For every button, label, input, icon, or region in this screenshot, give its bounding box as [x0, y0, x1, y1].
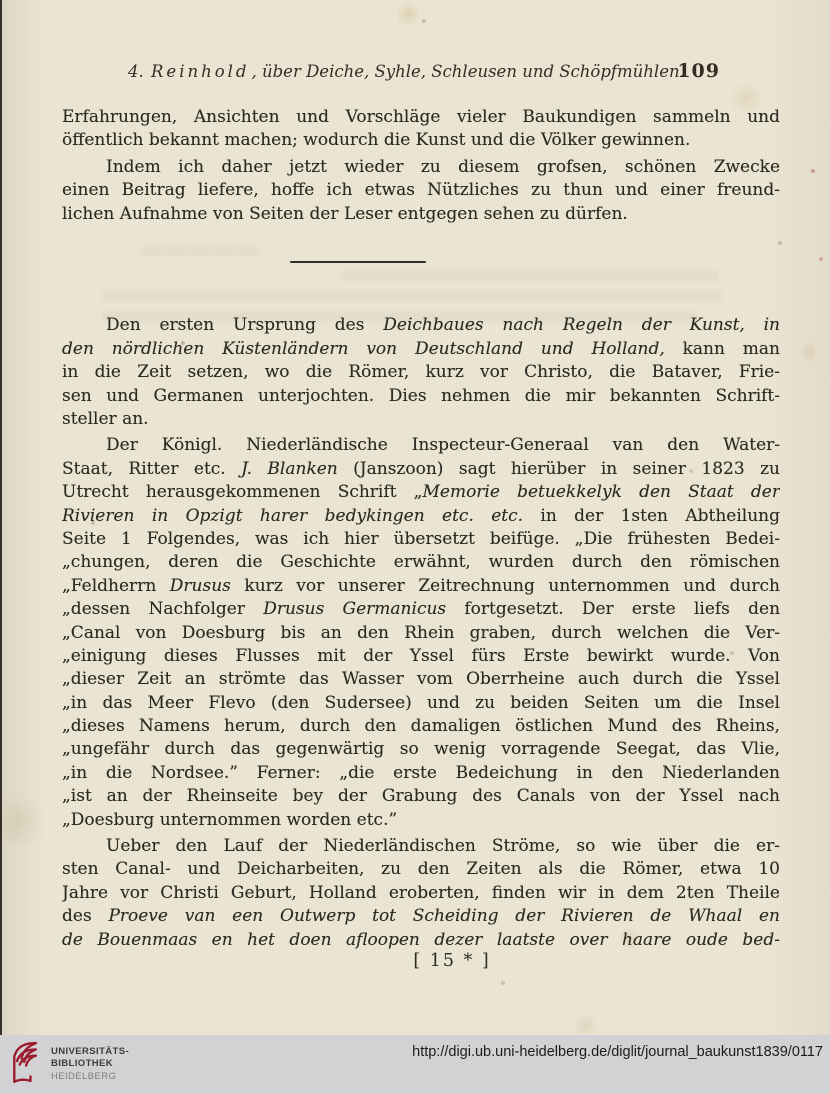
page-header: 4. Reinhold, über Deiche, Syhle, Schleus…: [62, 62, 720, 88]
text-segment: Seite 1 Folgendes, was ich hier übersetz…: [62, 529, 780, 549]
text-line: Der Königl. Niederländische Inspecteur-G…: [62, 434, 780, 457]
body-text: Erfahrungen, Ansichten und Vorschläge vi…: [62, 106, 780, 952]
text-line: „dieses Namens herum, durch den damalige…: [62, 715, 780, 738]
paragraph: Der Königl. Niederländische Inspecteur-G…: [62, 434, 780, 832]
text-line: „in die Nordsee.” Ferner: „die erste Bed…: [62, 762, 780, 785]
sheet-signature: [ 15 * ]: [62, 951, 780, 971]
text-line: Indem ich daher jetzt wieder zu diesem g…: [62, 156, 780, 179]
scan-edge-shadow: [0, 0, 2, 1035]
text-segment: einen Beitrag liefere, hoffe ich etwas N…: [62, 180, 780, 200]
text-segment: „in die Nordsee.” Ferner: „die erste Bed…: [62, 763, 780, 783]
text-segment: „in das Meer Flevo (den Sudersee) und zu…: [62, 693, 780, 713]
open-book-icon: [8, 1039, 44, 1090]
text-line: Seite 1 Folgendes, was ich hier übersetz…: [62, 528, 780, 551]
text-segment: Rivieren in Opzigt harer bedykingen etc.…: [62, 506, 523, 526]
section-divider: [290, 261, 426, 264]
text-segment: den nördlichen Küstenländern von Deutsch…: [62, 339, 665, 359]
text-segment: Drusus: [170, 576, 231, 596]
text-line: „chungen, deren die Geschichte erwähnt, …: [62, 551, 780, 574]
paragraph: Ueber den Lauf der Niederländischen Strö…: [62, 835, 780, 952]
text-segment: Memorie betuekkelyk den Staat der: [422, 482, 780, 502]
book-page-scan: 4. Reinhold, über Deiche, Syhle, Schleus…: [0, 0, 830, 1035]
text-segment: Jahre vor Christi Geburt, Holland erober…: [62, 883, 780, 903]
text-line: den nördlichen Küstenländern von Deutsch…: [62, 338, 780, 361]
text-segment: (Janszoon) sagt hierüber in seiner 1823 …: [338, 459, 780, 479]
article-number: 4.: [128, 62, 144, 81]
text-segment: Den ersten Ursprung des: [106, 315, 383, 335]
text-line: öffentlich bekannt machen; wodurch die K…: [62, 129, 780, 152]
text-segment: sten Canal- und Deicharbeiten, zu den Ze…: [62, 859, 780, 879]
text-segment: „Doesburg unternommen worden etc.”: [62, 810, 397, 830]
text-segment: Utrecht herausgekommenen Schrift „: [62, 482, 422, 502]
text-line: „ungefähr durch das gegenwärtig so wenig…: [62, 738, 780, 761]
text-line: Den ersten Ursprung des Deichbaues nach …: [62, 314, 780, 337]
text-segment: Staat, Ritter etc.: [62, 459, 241, 479]
text-line: lichen Aufnahme von Seiten der Leser ent…: [62, 203, 780, 226]
text-line: in die Zeit setzen, wo die Römer, kurz v…: [62, 361, 780, 384]
text-line: „in das Meer Flevo (den Sudersee) und zu…: [62, 692, 780, 715]
text-segment: in die Zeit setzen, wo die Römer, kurz v…: [62, 362, 780, 382]
text-line: einen Beitrag liefere, hoffe ich etwas N…: [62, 179, 780, 202]
text-line: sten Canal- und Deicharbeiten, zu den Ze…: [62, 858, 780, 881]
text-segment: „chungen, deren die Geschichte erwähnt, …: [62, 552, 780, 572]
text-segment: de Bouenmaas en het doen afloopen dezer …: [62, 930, 780, 950]
text-segment: Indem ich daher jetzt wieder zu diesem g…: [106, 157, 780, 177]
author-name: Reinhold: [151, 62, 250, 81]
text-line: „dessen Nachfolger Drusus Germanicus for…: [62, 598, 780, 621]
text-segment: in der 1sten Abtheilung: [523, 506, 780, 526]
text-segment: Drusus Germanicus: [263, 599, 446, 619]
text-segment: kurz vor unserer Zeitrechnung unternomme…: [231, 576, 780, 596]
running-title: 4. Reinhold, über Deiche, Syhle, Schleus…: [128, 62, 685, 81]
page-number: 109: [677, 60, 720, 82]
text-segment: „dieser Zeit an strömte das Wasser vom O…: [62, 669, 780, 689]
text-segment: Ueber den Lauf der Niederländischen Strö…: [106, 836, 780, 856]
text-line: „einigung dieses Flusses mit der Yssel f…: [62, 645, 780, 668]
text-line: de Bouenmaas en het doen afloopen dezer …: [62, 929, 780, 952]
source-url: http://digi.ub.uni-heidelberg.de/diglit/…: [412, 1044, 823, 1060]
text-segment: fortgesetzt. Der erste liefs den: [446, 599, 780, 619]
text-segment: Deichbaues nach Regeln der Kunst, in: [383, 315, 780, 335]
text-segment: „dessen Nachfolger: [62, 599, 263, 619]
text-segment: des: [62, 906, 108, 926]
text-line: Staat, Ritter etc. J. Blanken (Janszoon)…: [62, 458, 780, 481]
text-segment: „ist an der Rheinseite bey der Grabung d…: [62, 786, 780, 806]
text-segment: öffentlich bekannt machen; wodurch die K…: [62, 130, 690, 150]
text-line: „Feldherrn Drusus kurz vor unserer Zeitr…: [62, 575, 780, 598]
text-segment: sen und Germanen unterjochten. Dies nehm…: [62, 386, 780, 406]
paragraph: Indem ich daher jetzt wieder zu diesem g…: [62, 156, 780, 226]
library-name-line3: HEIDELBERG: [51, 1071, 129, 1083]
text-line: Jahre vor Christi Geburt, Holland erober…: [62, 882, 780, 905]
text-segment: Proeve van een Outwerp tot Scheiding der…: [108, 906, 780, 926]
text-line: Utrecht herausgekommenen Schrift „Memori…: [62, 481, 780, 504]
text-line: Rivieren in Opzigt harer bedykingen etc.…: [62, 505, 780, 528]
text-segment: J. Blanken: [241, 459, 338, 479]
text-line: steller an.: [62, 408, 780, 431]
text-line: „Doesburg unternommen worden etc.”: [62, 809, 780, 832]
library-footer: UNIVERSITÄTS- BIBLIOTHEK HEIDELBERG http…: [0, 1035, 830, 1094]
text-line: Ueber den Lauf der Niederländischen Strö…: [62, 835, 780, 858]
text-line: „Canal von Doesburg bis an den Rhein gra…: [62, 622, 780, 645]
text-line: des Proeve van een Outwerp tot Scheiding…: [62, 905, 780, 928]
ub-heidelberg-logo: UNIVERSITÄTS- BIBLIOTHEK HEIDELBERG: [8, 1039, 129, 1090]
text-segment: kann man: [665, 339, 780, 359]
text-segment: „dieses Namens herum, durch den damalige…: [62, 716, 780, 736]
library-name: UNIVERSITÄTS- BIBLIOTHEK HEIDELBERG: [51, 1046, 129, 1083]
text-segment: „einigung dieses Flusses mit der Yssel f…: [62, 646, 780, 666]
text-line: „dieser Zeit an strömte das Wasser vom O…: [62, 668, 780, 691]
text-segment: lichen Aufnahme von Seiten der Leser ent…: [62, 204, 628, 224]
text-line: „ist an der Rheinseite bey der Grabung d…: [62, 785, 780, 808]
paragraph: Den ersten Ursprung des Deichbaues nach …: [62, 314, 780, 431]
text-segment: „Canal von Doesburg bis an den Rhein gra…: [62, 623, 780, 643]
text-line: Erfahrungen, Ansichten und Vorschläge vi…: [62, 106, 780, 129]
text-segment: Der Königl. Niederländische Inspecteur-G…: [106, 435, 780, 455]
text-line: sen und Germanen unterjochten. Dies nehm…: [62, 385, 780, 408]
text-segment: „ungefähr durch das gegenwärtig so wenig…: [62, 739, 780, 759]
paper-specks: [0, 0, 2, 2]
text-segment: steller an.: [62, 409, 149, 429]
running-title-text: , über Deiche, Syhle, Schleusen und Schö…: [252, 62, 685, 81]
library-name-line1: UNIVERSITÄTS-: [51, 1046, 129, 1058]
library-name-line2: BIBLIOTHEK: [51, 1058, 129, 1070]
paragraph: Erfahrungen, Ansichten und Vorschläge vi…: [62, 106, 780, 153]
text-segment: Erfahrungen, Ansichten und Vorschläge vi…: [62, 107, 780, 127]
text-segment: „Feldherrn: [62, 576, 170, 596]
